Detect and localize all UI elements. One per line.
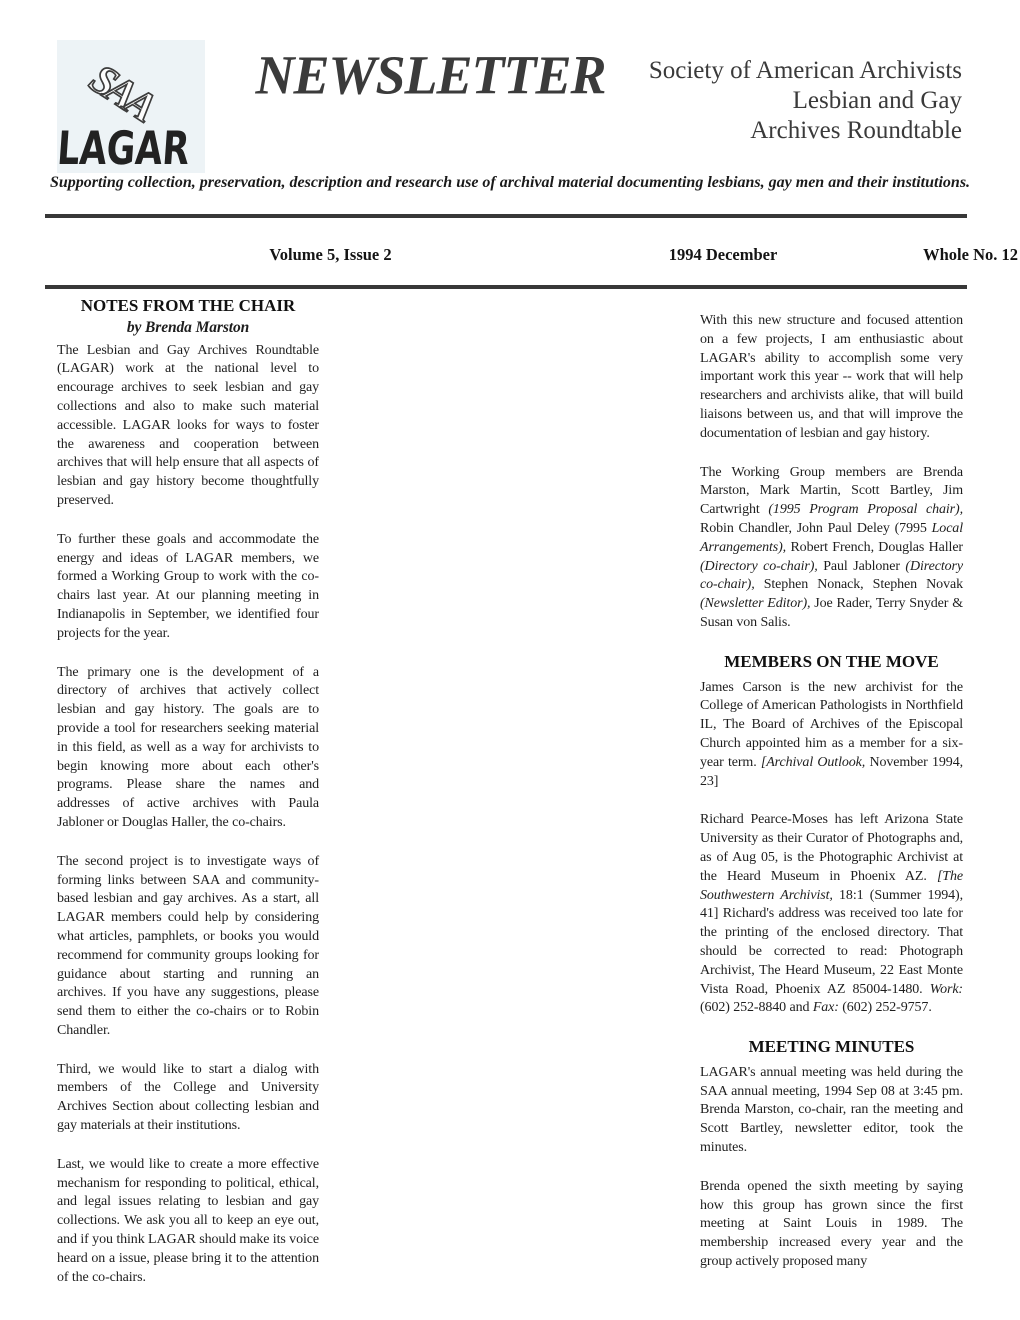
mission-tagline: Supporting collection, preservation, des… xyxy=(45,174,975,192)
section-heading-members-on-the-move: MEMBERS ON THE MOVE xyxy=(700,653,963,672)
issue-date-label: 1994 December xyxy=(618,245,828,265)
horizontal-rule-top xyxy=(45,214,967,218)
byline-brenda-marston: by Brenda Marston xyxy=(57,319,319,338)
paragraph: The Working Group members are Brenda Mar… xyxy=(700,464,963,633)
text-run: The Lesbian and Gay Archives Roundtable … xyxy=(57,343,319,508)
section-heading-meeting-minutes: MEETING MINUTES xyxy=(700,1038,963,1057)
paragraph: The primary one is the development of a … xyxy=(57,664,319,833)
left-column: NOTES FROM THE CHAIR by Brenda Marston T… xyxy=(57,297,319,1287)
text-run: Stephen Nonack, Stephen Novak xyxy=(755,577,963,592)
paragraph: Richard Pearce-Moses has left Arizona St… xyxy=(700,811,963,1018)
text-run: Robin Chandler, John Paul Deley (7995 xyxy=(700,521,932,536)
italic-text-run: (1995 Program Proposal chair), xyxy=(768,502,963,517)
volume-issue-label: Volume 5, Issue 2 xyxy=(228,245,433,265)
paragraph: LAGAR's annual meeting was held during t… xyxy=(700,1064,963,1158)
section-heading-notes-from-the-chair: NOTES FROM THE CHAIR xyxy=(57,297,319,316)
text-run: With this new structure and focused atte… xyxy=(700,313,963,441)
paragraph: Last, we would like to create a more eff… xyxy=(57,1156,319,1288)
text-run: The primary one is the development of a … xyxy=(57,665,319,830)
text-run: Last, we would like to create a more eff… xyxy=(57,1157,319,1285)
text-run: Brenda opened the sixth meeting by sayin… xyxy=(700,1179,963,1269)
issue-info-bar: Volume 5, Issue 2 1994 December Whole No… xyxy=(0,245,1020,267)
text-run: Robert French, Douglas Haller xyxy=(786,540,963,555)
text-run: Third, we would like to start a dialog w… xyxy=(57,1062,319,1133)
paragraph: Brenda opened the sixth meeting by sayin… xyxy=(700,1178,963,1272)
text-run: (602) 252-9757. xyxy=(839,1000,932,1015)
right-column: With this new structure and focused atte… xyxy=(700,312,963,1272)
paragraph: Third, we would like to start a dialog w… xyxy=(57,1061,319,1136)
paragraph: With this new structure and focused atte… xyxy=(700,312,963,444)
italic-text-run: (Directory co-chair), xyxy=(700,559,818,574)
org-line-lesbian-gay: Lesbian and Gay xyxy=(649,86,962,116)
newsletter-page: { "page": { "bg": "#ffffff", "text_color… xyxy=(0,0,1020,1320)
italic-text-run: Work: xyxy=(930,982,963,997)
italic-text-run: (Newsletter Editor), xyxy=(700,596,810,611)
org-line-roundtable: Archives Roundtable xyxy=(649,116,962,146)
newsletter-masthead-title: NEWSLETTER xyxy=(233,43,628,106)
paragraph: James Carson is the new archivist for th… xyxy=(700,679,963,792)
text-run: (602) 252-8840 and xyxy=(700,1000,813,1015)
logo-lagar-text: LAGAR xyxy=(57,121,191,173)
lagar-logo: SAA LAGAR xyxy=(57,40,205,173)
paragraph: The Lesbian and Gay Archives Roundtable … xyxy=(57,342,319,511)
paragraph: To further these goals and accommodate t… xyxy=(57,531,319,644)
text-run: LAGAR's annual meeting was held during t… xyxy=(700,1065,963,1155)
text-run: Paul Jabloner xyxy=(818,559,906,574)
italic-text-run: [Archival Outlook, xyxy=(761,755,865,770)
whole-number-label: Whole No. 12 xyxy=(923,245,1018,265)
text-run: 18:1 (Summer 1994), 41] Richard's addres… xyxy=(700,888,963,997)
paragraph: The second project is to investigate way… xyxy=(57,853,319,1041)
organization-block: Society of American Archivists Lesbian a… xyxy=(649,56,962,146)
text-run: The second project is to investigate way… xyxy=(57,854,319,1038)
italic-text-run: Fax: xyxy=(813,1000,839,1015)
org-line-society: Society of American Archivists xyxy=(649,56,962,86)
text-run: Richard Pearce-Moses has left Arizona St… xyxy=(700,812,963,883)
text-run: To further these goals and accommodate t… xyxy=(57,532,319,641)
horizontal-rule-bottom xyxy=(45,285,967,289)
